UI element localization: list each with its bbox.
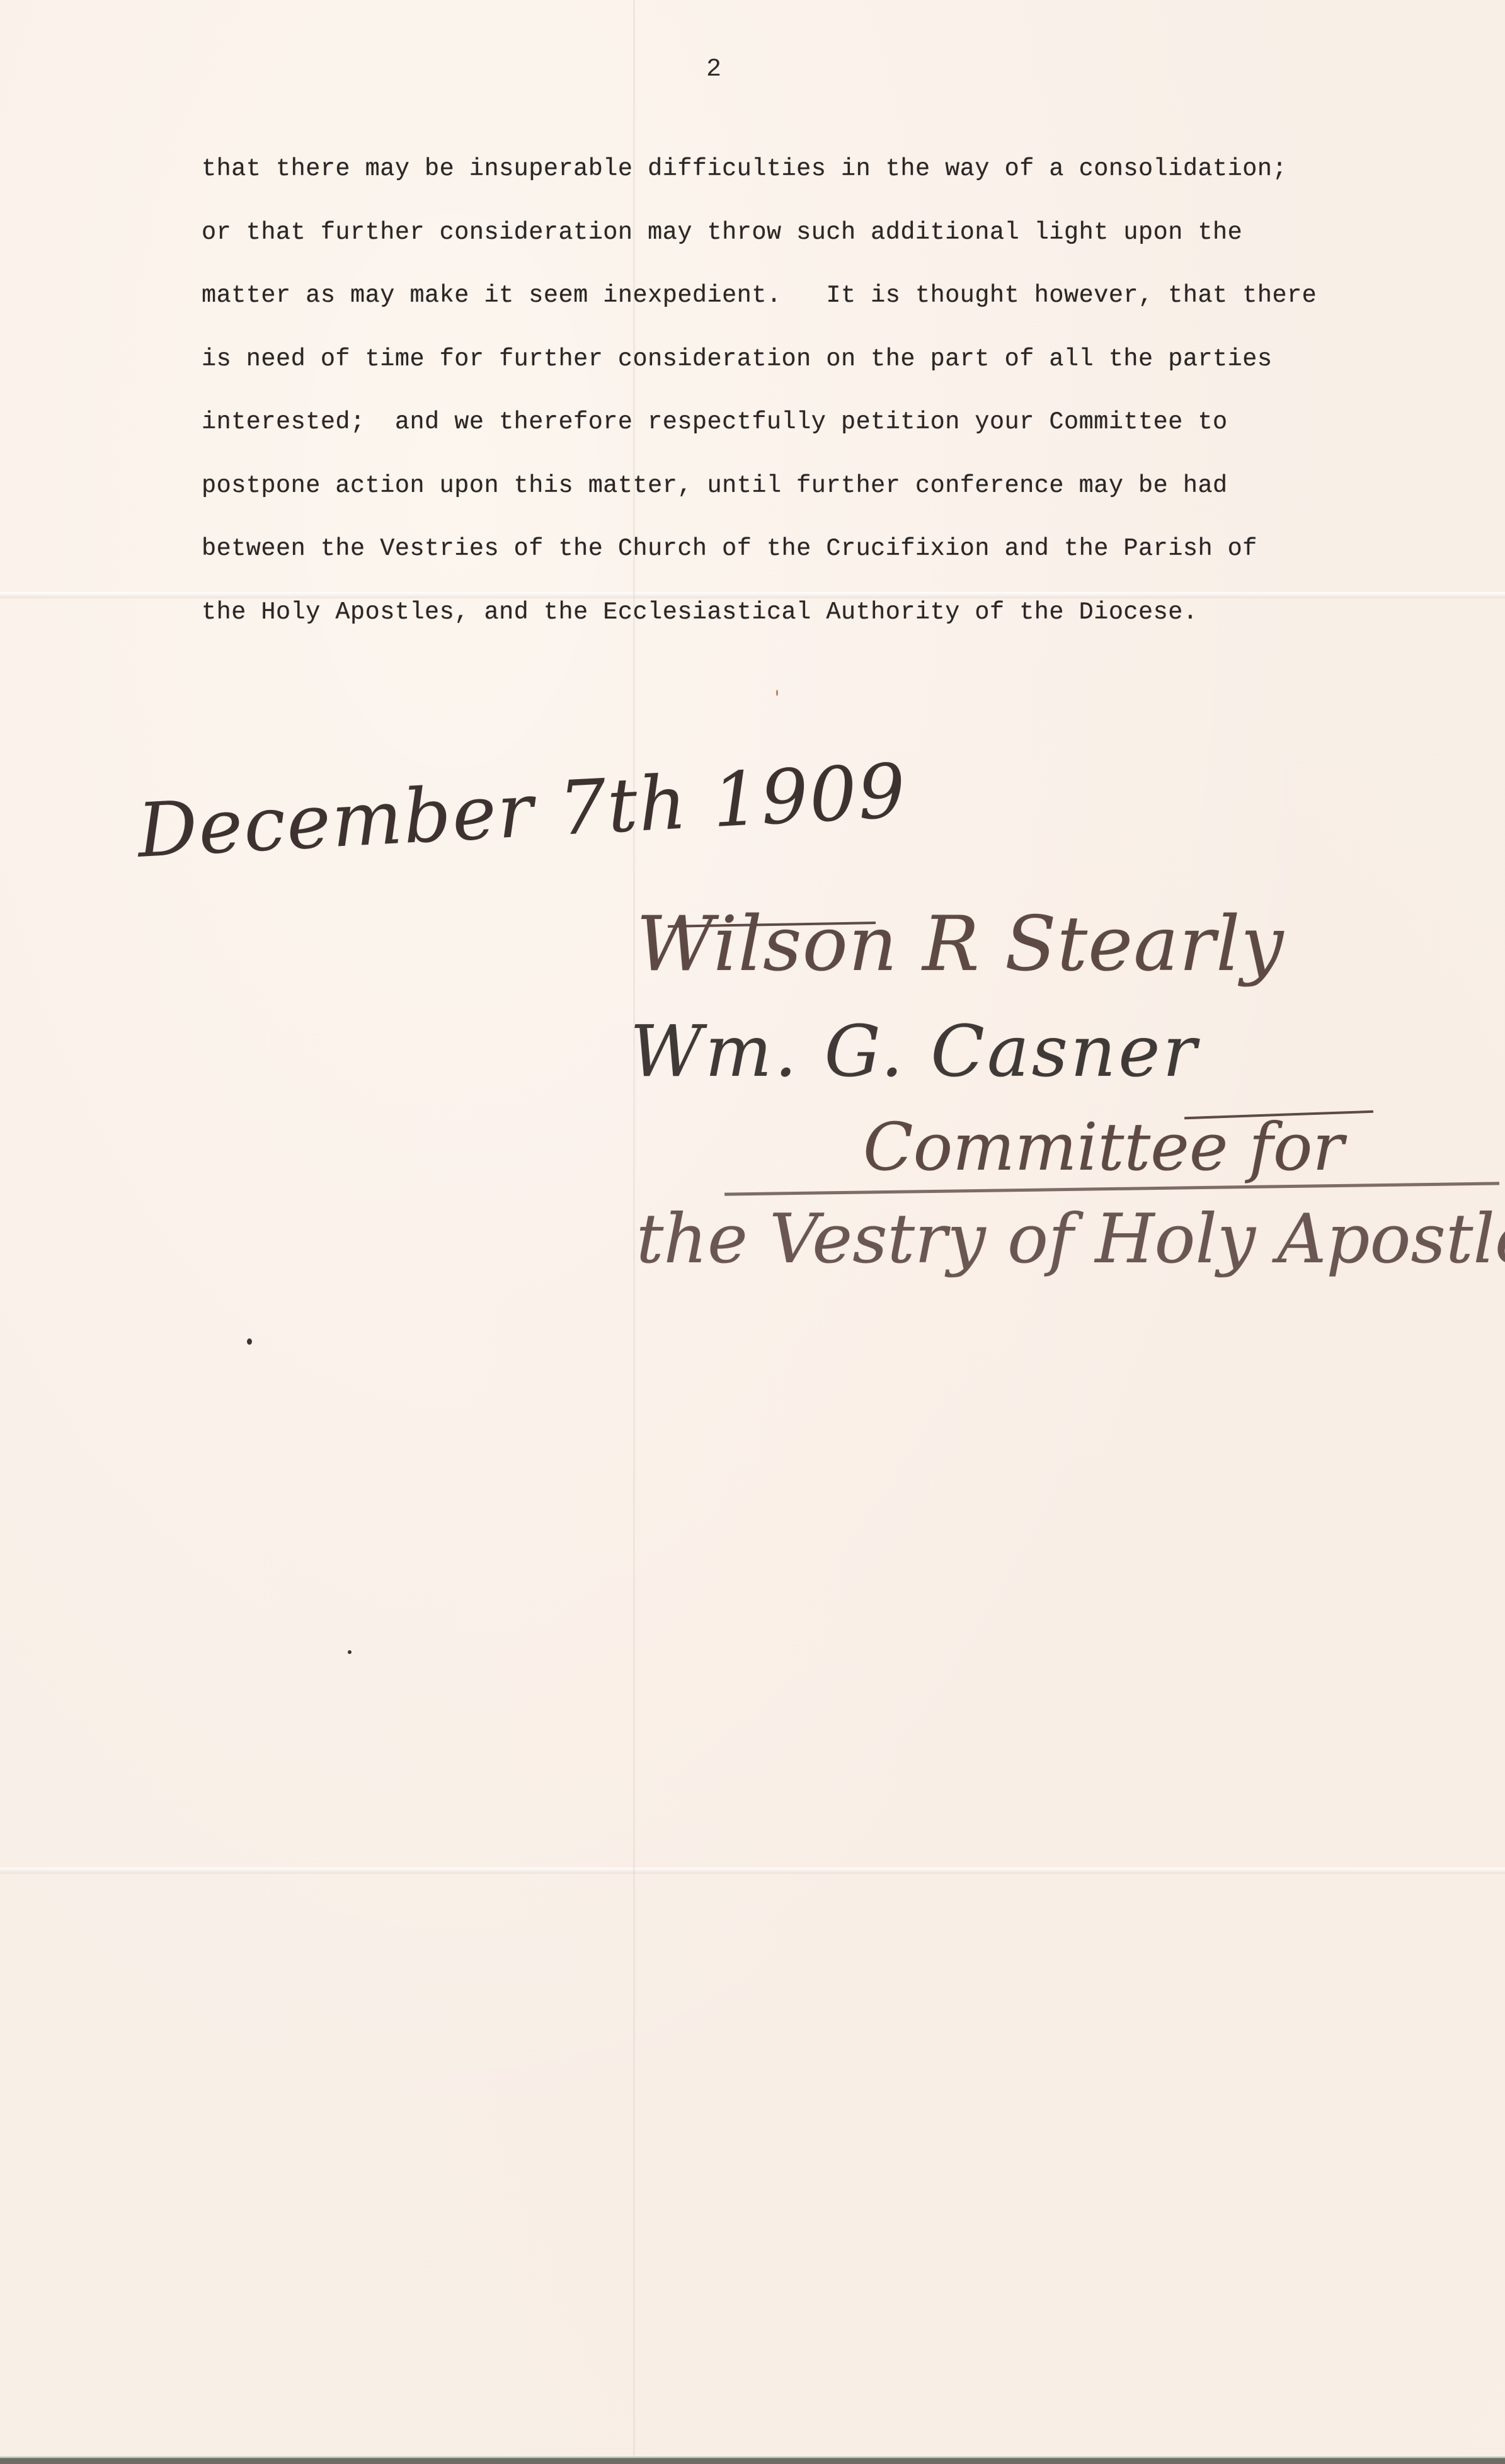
handwritten-vestry-line: the Vestry of Holy Apostles. — [636, 1200, 1505, 1279]
typed-line: postpone action upon this matter, until … — [202, 467, 1436, 530]
typed-line: interested; and we therefore respectfull… — [202, 403, 1436, 467]
typed-line: that there may be insuperable difficulti… — [202, 150, 1436, 214]
typed-line: the Holy Apostles, and the Ecclesiastica… — [202, 593, 1436, 657]
letter-page: ​ 2 that there may be insuperable diffic… — [0, 0, 1505, 2456]
typed-line: between the Vestries of the Church of th… — [202, 530, 1436, 593]
typed-line: or that further consideration may throw … — [202, 214, 1436, 277]
page-number: 2 — [701, 55, 726, 84]
signature-casner: Wm. G. Casner — [630, 1011, 1199, 1093]
typed-body: that there may be insuperable difficulti… — [202, 150, 1436, 656]
horizontal-fold-lower — [0, 1868, 1505, 1874]
ink-speck — [348, 1650, 352, 1654]
handwritten-committee-for: Committee for — [863, 1109, 1344, 1185]
typed-line: matter as may make it seem inexpedient. … — [202, 277, 1436, 340]
ink-speck — [247, 1338, 252, 1345]
scan-bottom-edge — [0, 2456, 1505, 2464]
handwritten-date: December 7th 1909 — [135, 747, 908, 874]
signature-stearly: Wilson R Stearly — [636, 901, 1284, 988]
typed-line: is need of time for further consideratio… — [202, 340, 1436, 404]
ink-speck — [776, 690, 778, 696]
